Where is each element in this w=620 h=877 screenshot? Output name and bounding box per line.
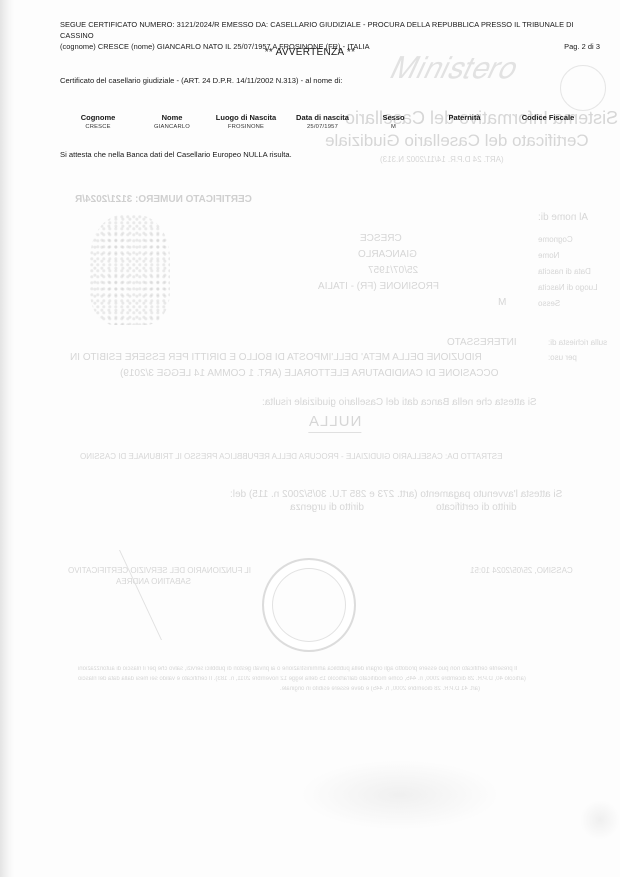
column-header-cognome: Cognome [60,113,136,122]
bleed-uso-line-1: RIDUZIONE DELLA META' DELL'IMPOSTA DI BO… [70,352,482,363]
bleed-uso-label: per uso: [548,353,577,362]
bleed-data-luogo: CASSINO, 25/05/2024 10:51 [470,566,573,575]
bleed-banca-dati: Si attesta che nella Banca dati del Case… [262,397,537,408]
bleed-field-value: M [498,297,506,308]
bleed-diritto-certificato: diritto di certificato [436,502,517,513]
column-header-paternita: Paternità [426,113,503,122]
value-cognome: CRESCE [60,124,136,130]
bleed-footer-line-2: (articolo 40, D.P.R. 28 dicembre 2000, n… [78,676,526,682]
bleed-subtitle-2: (ART. 24 D.P.R. 14/11/2002 N.313) [380,155,504,164]
bleed-republic-seal-icon [560,65,606,111]
bleed-official-stamp-icon [262,558,356,652]
person-details-table: Cognome Nome Luogo di Nascita Data di na… [60,113,590,130]
bleed-footer-line-3: (art. 41 D.P.R. 28 dicembre 2000, n. 445… [280,686,480,692]
bleed-field-value: GIANCARLO [358,249,417,260]
bleed-field-label: Sesso [538,299,560,308]
bleed-field-label: Cognome [538,235,573,244]
column-header-codice-fiscale: Codice Fiscale [503,113,593,122]
value-sesso: M [361,124,426,130]
bleed-estratto: ESTRATTO DA: CASELLARIO GIUDIZIALE - PRO… [80,452,503,461]
bleed-field-value: 25/07/1957 [368,265,418,276]
column-header-sesso: Sesso [361,113,426,122]
scan-smudge [580,800,620,840]
bleed-field-value: FROSINONE (FR) - ITALIA [318,281,439,292]
certificate-intro: Certificato del casellario giudiziale - … [60,76,342,85]
bleed-richiesta-value: INTERESSATO [447,337,517,348]
scan-smudge [300,760,500,830]
column-header-luogo-nascita: Luogo di Nascita [208,113,284,122]
bleed-uso-line-2: OCCASIONE DI CANDIDATURA ELETTORALE (ART… [120,368,498,379]
value-codice-fiscale [503,124,593,130]
bleed-richiesta-label: sulla richiesta di: [548,338,607,347]
column-header-data-nascita: Data di nascita [284,113,361,122]
header-line-1: SEGUE CERTIFICATO NUMERO: 3121/2024/R EM… [60,19,600,41]
bleed-nulla: NULLA [308,413,361,433]
value-luogo-nascita: FROSINONE [208,124,284,130]
value-paternita [426,124,503,130]
bleed-emblem-icon [90,215,170,325]
bleed-pagamento: Si attesta l'avvenuto pagamento (artt. 2… [230,489,562,500]
bleed-field-value: CRESCE [360,233,402,244]
column-header-nome: Nome [136,113,208,122]
bleed-subtitle: Certificato del Casellario Giudiziale [325,131,589,151]
value-data-nascita: 25/07/1957 [284,124,361,130]
value-nome: GIANCARLO [136,124,208,130]
bleed-diritto-urgenza: diritto di urgenza [290,502,364,513]
bleed-field-label: Luogo di Nascita [538,283,598,292]
document-page: 𝑀𝑖𝑛𝑖𝑠𝑡𝑒𝑟𝑜 Sistema Informativo del Casell… [0,0,620,877]
bleed-al-nome-di: Al nome di: [538,212,588,223]
warning-title: ** AVVERTENZA ** [0,47,620,58]
bleed-signature [119,550,232,640]
bleed-field-label: Data di nascita [538,267,591,276]
bleed-cert-number: CERTIFICATO NUMERO: 3121/2024/R [75,194,252,205]
scan-edge-shadow [0,0,14,877]
bleed-footer-line-1: Il presente certificato non può essere p… [78,666,517,672]
european-record-attestation: Si attesta che nella Banca dati del Case… [60,150,292,159]
bleed-field-label: Nome [538,251,559,260]
